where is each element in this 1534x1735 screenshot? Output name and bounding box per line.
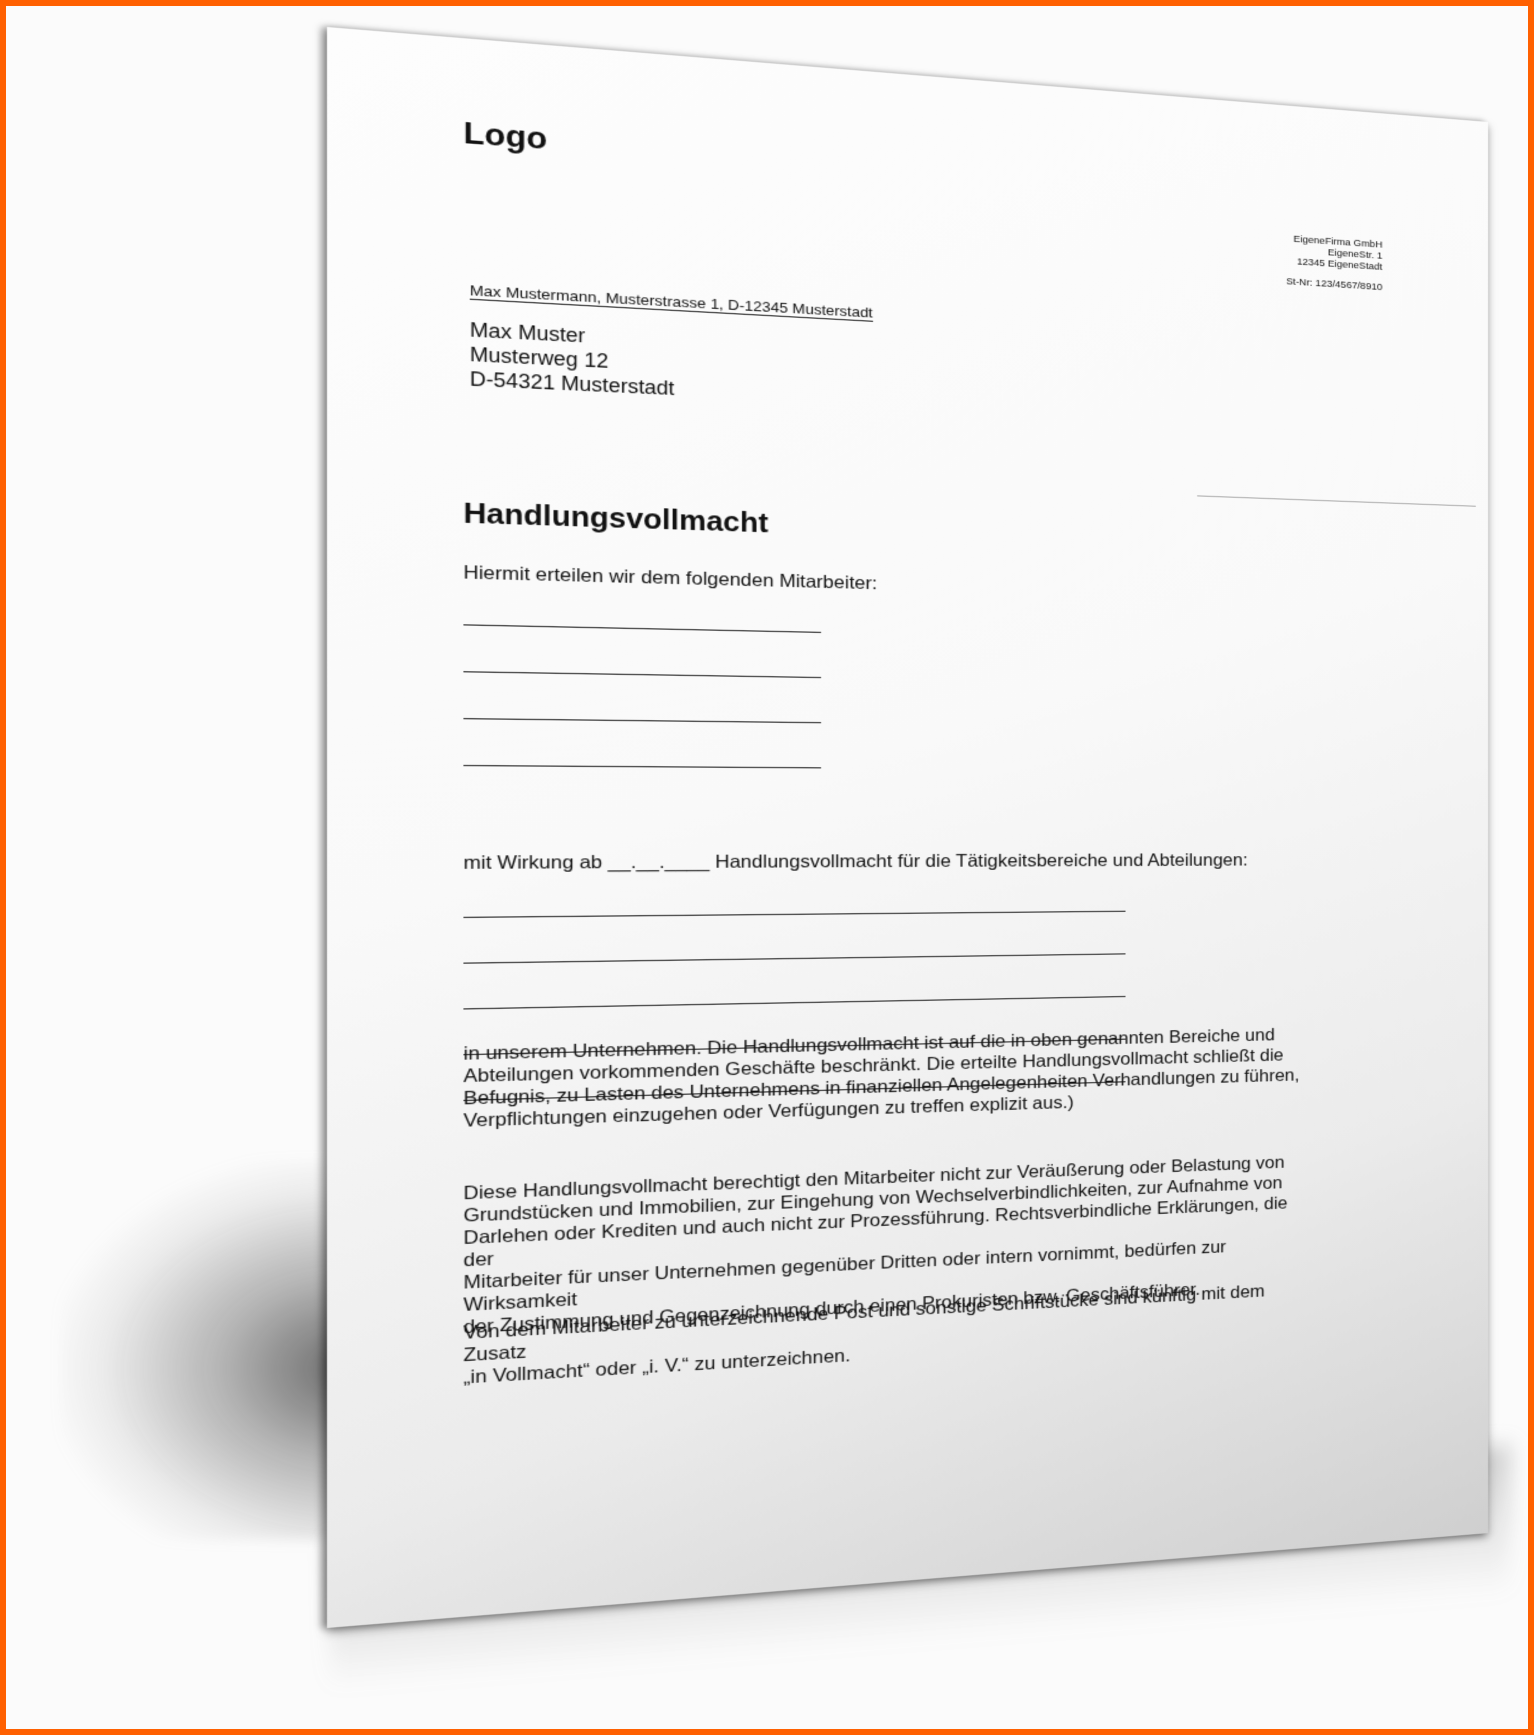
blank-line [463,953,1125,963]
page-shadow-left [60,1160,360,1540]
intro-text: Hiermit erteilen wir dem folgenden Mitar… [463,563,877,595]
document-page: Logo EigeneFirma GmbH EigeneStr. 1 12345… [327,27,1488,1628]
company-tax-id: St-Nr: 123/4567/8910 [1286,276,1382,293]
blank-line [463,718,821,723]
sender-return-address: Max Mustermann, Musterstrasse 1, D-12345… [470,282,873,322]
blank-line [463,911,1125,918]
blank-line [463,996,1125,1010]
effective-date-text: mit Wirkung ab __.__.____ Handlungsvollm… [463,851,1247,874]
document-title: Handlungsvollmacht [463,498,768,540]
company-address: EigeneFirma GmbH EigeneStr. 1 12345 Eige… [1286,233,1382,293]
date-line [1197,495,1476,506]
logo-placeholder: Logo [463,116,547,156]
blank-line [463,765,821,768]
blank-line [463,624,821,633]
recipient-address: Max Muster Musterweg 12 D-54321 Musterst… [470,318,675,401]
paragraph-scope: in unserem Unternehmen. Die Handlungsvol… [463,1024,1305,1132]
blank-line [463,671,821,678]
